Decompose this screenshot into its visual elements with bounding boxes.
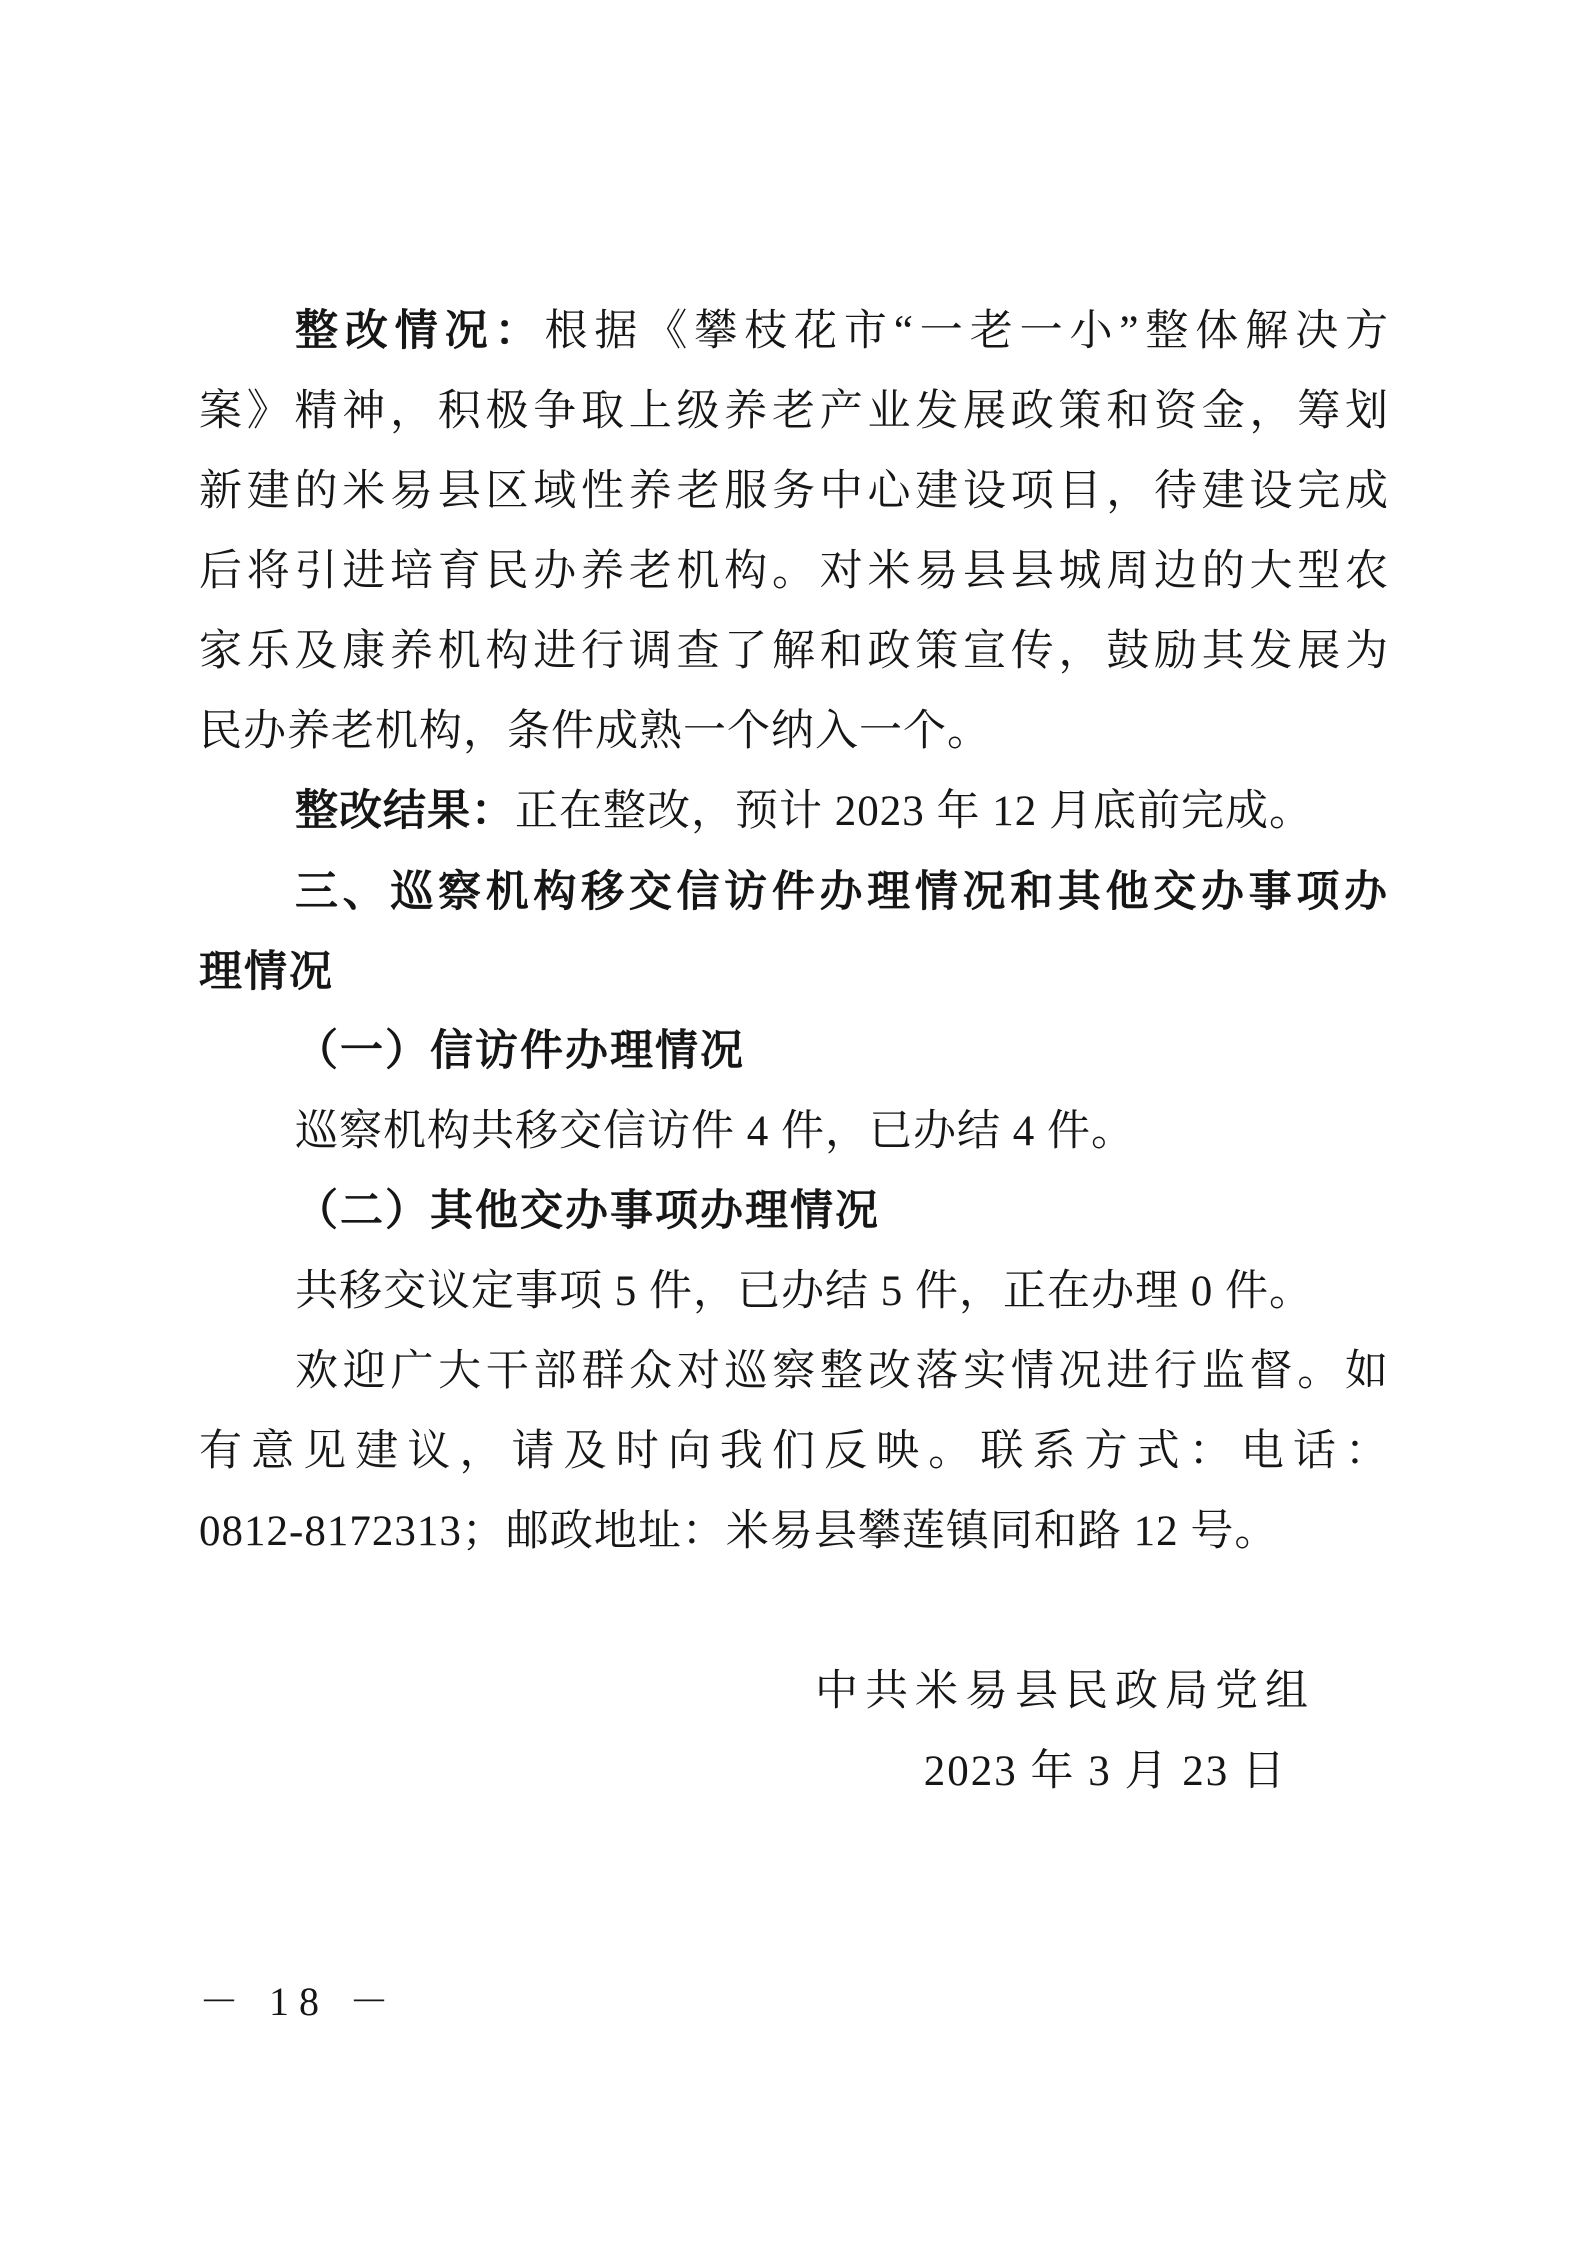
line-text: 家乐及康养机构进行调查了解和政策宣传，鼓励其发展为 (199, 628, 1389, 675)
line-text: 有意见建议，请及时向我们反映。联系方式：电话： (199, 1428, 1389, 1475)
rectification-status-line-4: 后将引进培育民办养老机构。对米易县县城周边的大型农 (199, 532, 1389, 612)
document-page: 整改情况：根据《攀枝花市“一老一小”整体解决方 案》精神，积极争取上级养老产业发… (0, 0, 1587, 2245)
page-number: － 18 － (199, 1962, 399, 2042)
heading-text: （一）信访件办理情况 (295, 1028, 745, 1075)
heading-text: 理情况 (199, 948, 334, 996)
assigned-items-line: 共移交议定事项 5 件，已办结 5 件，正在办理 0 件。 (199, 1252, 1389, 1332)
line-text: 0812-8172313；邮政地址：米易县攀莲镇同和路 12 号。 (199, 1508, 1278, 1555)
signature-org: 中共米易县民政局党组 (815, 1652, 1315, 1732)
rectification-result-line: 整改结果：正在整改，预计 2023 年 12 月底前完成。 (199, 772, 1389, 852)
petition-items-line: 巡察机构共移交信访件 4 件，已办结 4 件。 (199, 1092, 1389, 1172)
contact-info-line: 0812-8172313；邮政地址：米易县攀莲镇同和路 12 号。 (199, 1492, 1389, 1572)
line-text: 案》精神，积极争取上级养老产业发展政策和资金，筹划 (199, 388, 1389, 435)
line-text: 根据《攀枝花市“一老一小”整体解决方 (545, 308, 1390, 355)
heading-text: （二）其他交办事项办理情况 (295, 1188, 880, 1235)
heading-text: 三、巡察机构移交信访件办理情况和其他交办事项办 (295, 868, 1389, 916)
rectification-status-line-1: 整改情况：根据《攀枝花市“一老一小”整体解决方 (199, 292, 1389, 372)
rectification-status-line-5: 家乐及康养机构进行调查了解和政策宣传，鼓励其发展为 (199, 612, 1389, 692)
line-text: 新建的米易县区域性养老服务中心建设项目，待建设完成 (199, 468, 1389, 515)
supervision-invite-line-1: 欢迎广大干部群众对巡察整改落实情况进行监督。如 (199, 1332, 1389, 1412)
rectification-status-line-6: 民办养老机构，条件成熟一个纳入一个。 (199, 692, 1389, 772)
section-3-heading-line-1: 三、巡察机构移交信访件办理情况和其他交办事项办 (199, 852, 1389, 932)
line-text: 欢迎广大干部群众对巡察整改落实情况进行监督。如 (295, 1348, 1389, 1395)
line-text: 正在整改，预计 2023 年 12 月底前完成。 (515, 788, 1313, 835)
section-3-heading-line-2: 理情况 (199, 932, 1389, 1012)
subsection-1-heading: （一）信访件办理情况 (199, 1012, 1389, 1092)
supervision-invite-line-2: 有意见建议，请及时向我们反映。联系方式：电话： (199, 1412, 1389, 1492)
line-text: 巡察机构共移交信访件 4 件，已办结 4 件。 (295, 1108, 1135, 1155)
line-text: 共移交议定事项 5 件，已办结 5 件，正在办理 0 件。 (295, 1268, 1313, 1315)
subsection-2-heading: （二）其他交办事项办理情况 (199, 1172, 1389, 1252)
document-body: 整改情况：根据《攀枝花市“一老一小”整体解决方 案》精神，积极争取上级养老产业发… (199, 292, 1389, 1572)
line-text: 民办养老机构，条件成熟一个纳入一个。 (199, 708, 991, 755)
line-text: 后将引进培育民办养老机构。对米易县县城周边的大型农 (199, 548, 1389, 595)
rectification-status-line-2: 案》精神，积极争取上级养老产业发展政策和资金，筹划 (199, 372, 1389, 452)
rectification-result-label: 整改结果： (295, 788, 515, 835)
signature-date: 2023 年 3 月 23 日 (924, 1732, 1287, 1812)
rectification-status-line-3: 新建的米易县区域性养老服务中心建设项目，待建设完成 (199, 452, 1389, 532)
rectification-status-label: 整改情况： (295, 308, 545, 355)
